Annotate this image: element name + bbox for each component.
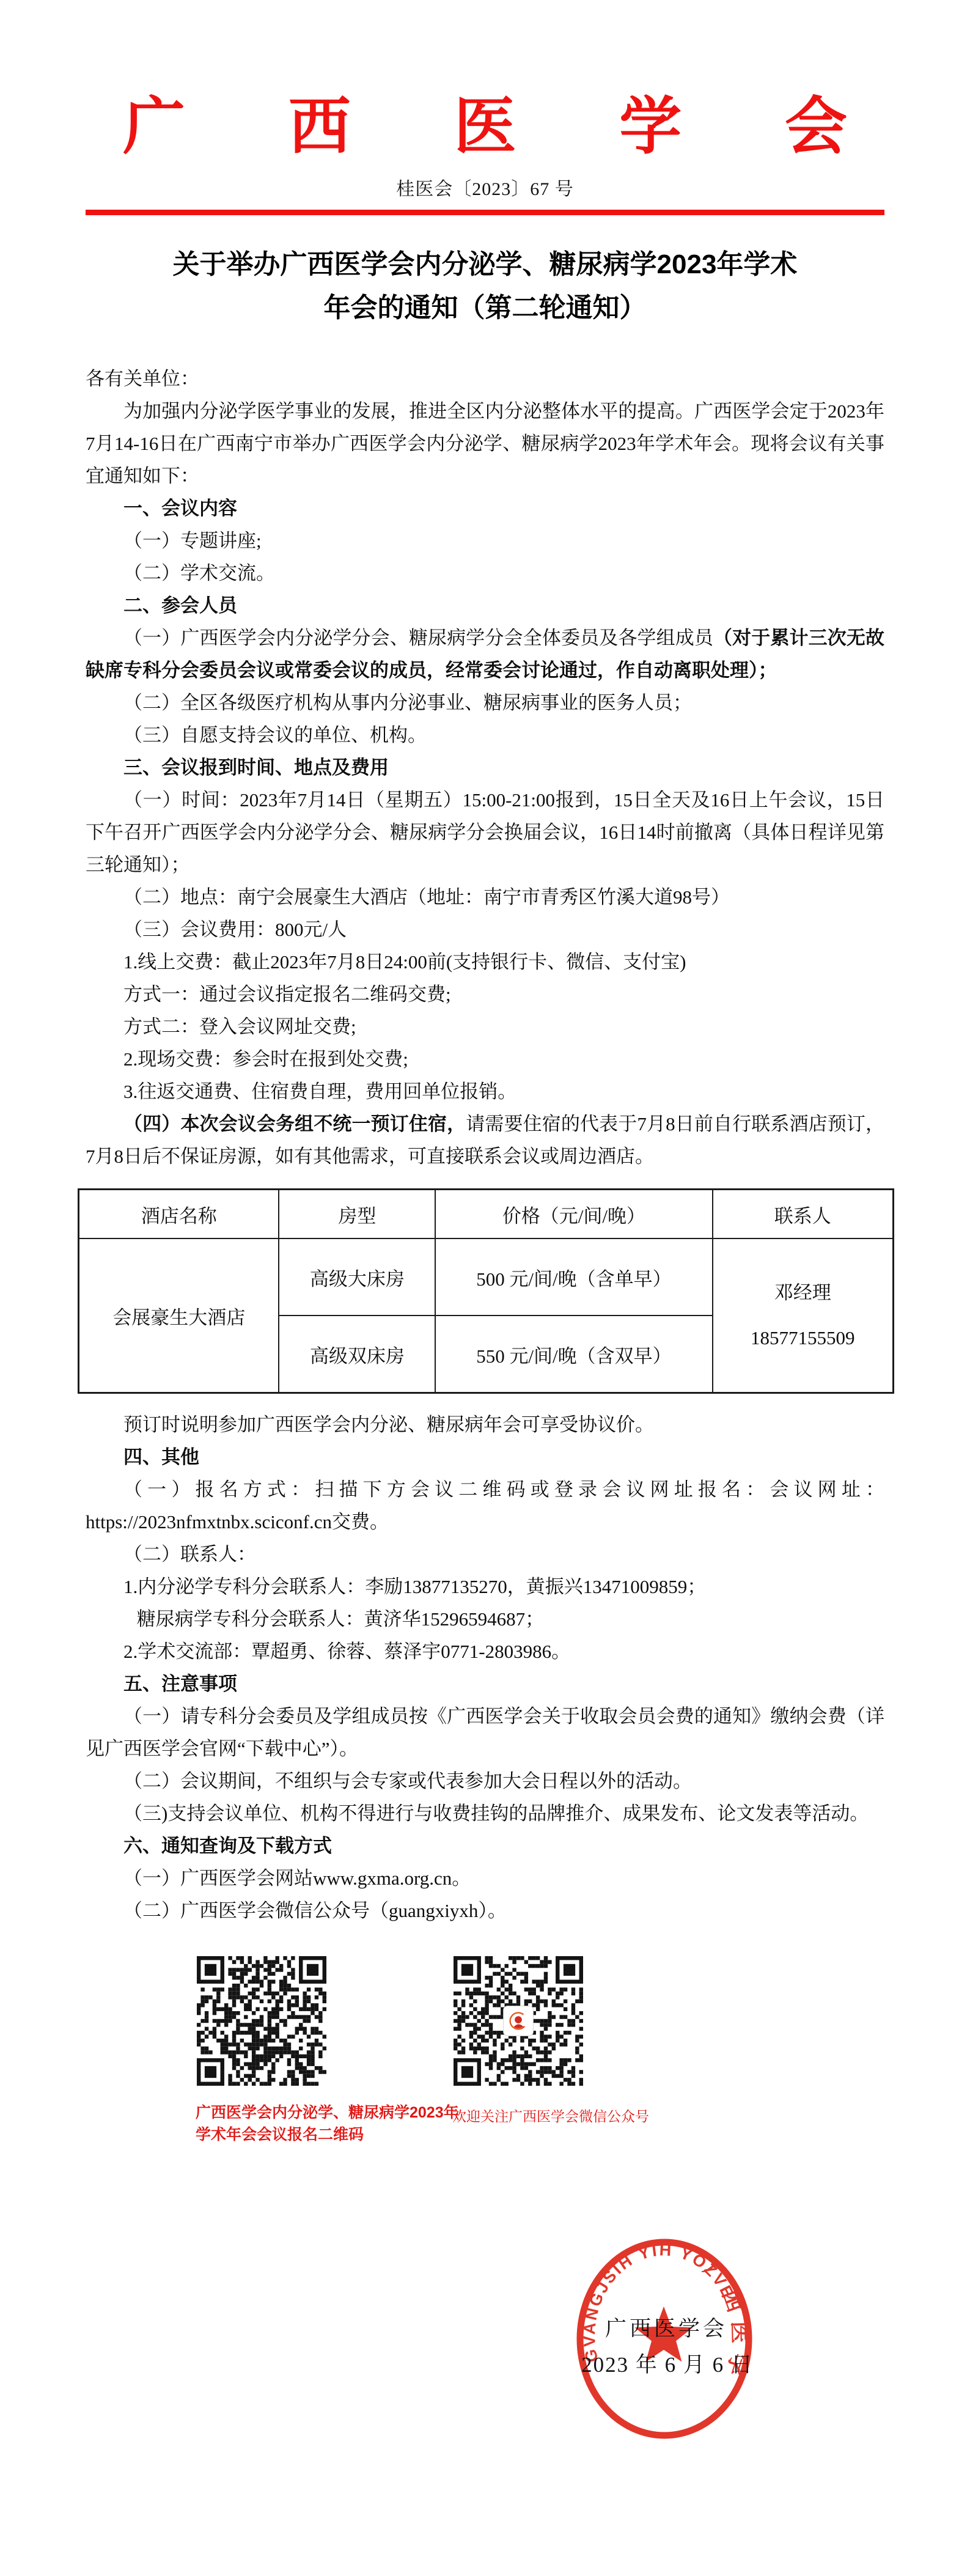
paragraph: （二）学术交流。	[86, 557, 884, 589]
cell-room-type-2: 高级双床房	[279, 1316, 435, 1393]
registration-qr-caption-line2: 学术年会会议报名二维码	[196, 2126, 364, 2143]
text-run: 各有关单位：	[86, 368, 199, 389]
document-content: 广西医学会 桂医会〔2023〕67 号 关于举办广西医学会内分泌学、糖尿病学20…	[0, 93, 970, 2146]
bold-text-run: 四、其他	[123, 1446, 199, 1468]
letterhead-char: 西	[288, 93, 351, 163]
bold-text-run: 五、注意事项	[123, 1673, 237, 1695]
letterhead-char: 学	[619, 93, 682, 163]
document-title-line1: 关于举办广西医学会内分泌学、糖尿病学2023年学术	[173, 249, 798, 279]
paragraph: 为加强内分泌学医学事业的发展，推进全区内分泌整体水平的提高。广西医学会定于202…	[86, 395, 884, 492]
bold-text-run: 六、通知查询及下载方式	[123, 1835, 332, 1857]
paragraph: 方式一：通过会议指定报名二维码交费;	[86, 978, 884, 1010]
paragraph: （一）广西医学会内分泌学分会、糖尿病学分会全体委员及各学组成员（对于累计三次无故…	[86, 622, 884, 686]
paragraph: 3.往返交通费、住宿费自理，费用回单位报销。	[86, 1075, 884, 1108]
text-run: （一）广西医学会内分泌学分会、糖尿病学分会全体委员及各学组成员	[123, 627, 713, 649]
paragraph: 1.内分泌学专科分会联系人：李励13877135270，黄振兴134710098…	[86, 1570, 884, 1603]
cell-hotel-name: 会展豪生大酒店	[79, 1238, 279, 1393]
letterhead-char: 会	[785, 93, 847, 163]
wechat-qr-code	[454, 1956, 583, 2086]
hotel-table: 酒店名称 房型 价格（元/间/晚） 联系人 会展豪生大酒店 高级大床房 500 …	[78, 1188, 894, 1394]
cell-room-type-1: 高级大床房	[279, 1238, 435, 1316]
text-run: 为加强内分泌学医学事业的发展，推进全区内分泌整体水平的提高。广西医学会定于202…	[86, 400, 884, 487]
letterhead-org-title: 广西医学会	[123, 93, 847, 163]
text-run: 2.学术交流部：覃超勇、徐蓉、蔡泽宇0771-2803986。	[123, 1641, 570, 1662]
text-run: （二）会议期间，不组织与会专家或代表参加大会日程以外的活动。	[123, 1770, 692, 1792]
cell-price-1: 500 元/间/晚（含单早）	[435, 1238, 712, 1316]
text-run: 1.线上交费：截止2023年7月8日24:00前(支持银行卡、微信、支付宝)	[123, 951, 686, 973]
paragraph: 2.现场交费：参会时在报到处交费;	[86, 1043, 884, 1075]
contact-spacer	[717, 1308, 889, 1323]
text-run: 方式一：通过会议指定报名二维码交费;	[123, 984, 451, 1005]
bold-text-run: 三、会议报到时间、地点及费用	[123, 757, 389, 778]
paragraph: 三、会议报到时间、地点及费用	[86, 751, 884, 784]
document-title-line2: 年会的通知（第二轮通知）	[324, 293, 647, 323]
text-run: （三)支持会议单位、机构不得进行与收费挂钩的品牌推介、成果发布、论文发表等活动。	[123, 1803, 869, 1824]
official-notice-document: 广西医学会 桂医会〔2023〕67 号 关于举办广西医学会内分泌学、糖尿病学20…	[0, 0, 970, 2576]
text-run: 1.内分泌学专科分会联系人：李励13877135270，黄振兴134710098…	[123, 1576, 706, 1597]
wechat-qr-caption: 欢迎关注广西医学会微信公众号	[452, 2107, 584, 2127]
paragraph: 方式二：登入会议网址交费;	[86, 1010, 884, 1043]
paragraph: （三）自愿支持会议的单位、机构。	[86, 719, 884, 751]
letterhead-char: 医	[454, 93, 516, 163]
paragraph: （二）地点：南宁会展豪生大酒店（地址：南宁市青秀区竹溪大道98号）	[86, 881, 884, 913]
text-run: （二）地点：南宁会展豪生大酒店（地址：南宁市青秀区竹溪大道98号）	[123, 886, 730, 908]
body-section-1: 各有关单位：为加强内分泌学医学事业的发展，推进全区内分泌整体水平的提高。广西医学…	[86, 362, 884, 1172]
paragraph: 1.线上交费：截止2023年7月8日24:00前(支持银行卡、微信、支付宝)	[86, 946, 884, 978]
header-hotel-name: 酒店名称	[79, 1190, 279, 1239]
bold-text-run: 二、参会人员	[123, 595, 237, 616]
table-row: 会展豪生大酒店 高级大床房 500 元/间/晚（含单早） 邓经理 1857715…	[79, 1238, 894, 1316]
paragraph: 一、会议内容	[86, 492, 884, 524]
header-price: 价格（元/间/晚）	[435, 1190, 712, 1239]
paragraph: 二、参会人员	[86, 589, 884, 622]
text-run: （一）时间：2023年7月14日（星期五）15:00-21:00报到，15日全天…	[86, 789, 884, 875]
text-run: （三）会议费用：800元/人	[123, 919, 347, 940]
letterhead-divider-rule	[86, 210, 884, 215]
text-run: （三）自愿支持会议的单位、机构。	[123, 724, 427, 746]
paragraph: （一）请专科分会委员及学组成员按《广西医学会关于收取会员会费的通知》缴纳会费（详…	[86, 1700, 884, 1765]
text-run: （二）全区各级医疗机构从事内分泌事业、糖尿病事业的医务人员；	[123, 692, 692, 713]
registration-qr-code	[197, 1956, 326, 2086]
paragraph: 六、通知查询及下载方式	[86, 1830, 884, 1862]
paragraph: 2.学术交流部：覃超勇、徐蓉、蔡泽宇0771-2803986。	[86, 1635, 884, 1668]
registration-qr-caption-line1: 广西医学会内分泌学、糖尿病学2023年	[196, 2104, 459, 2121]
cell-contact: 邓经理 18577155509	[713, 1238, 894, 1393]
contact-name: 邓经理	[717, 1278, 889, 1308]
qr-code-section: 广西医学会内分泌学、糖尿病学2023年学术年会会议报名二维码 欢迎关注广西医学会…	[196, 1956, 884, 2146]
text-run: 2.现场交费：参会时在报到处交费;	[123, 1048, 408, 1070]
text-run: （二）广西医学会微信公众号（guangxiyxh）。	[123, 1900, 507, 1921]
text-run: （二）学术交流。	[123, 562, 275, 584]
text-run: 糖尿病学专科分会联系人：黄济华15296594687；	[137, 1608, 545, 1630]
paragraph: （二）广西医学会微信公众号（guangxiyxh）。	[86, 1894, 884, 1927]
hotel-table-header-row: 酒店名称 房型 价格（元/间/晚） 联系人	[79, 1190, 894, 1239]
paragraph: （四）本次会议会务组不统一预订住宿，请需要住宿的代表于7月8日前自行联系酒店预订…	[86, 1108, 884, 1172]
paragraph: （二）会议期间，不组织与会专家或代表参加大会日程以外的活动。	[86, 1765, 884, 1797]
text-run: （一）请专科分会委员及学组成员按《广西医学会关于收取会员会费的通知》缴纳会费（详…	[86, 1706, 884, 1759]
contact-phone: 18577155509	[717, 1323, 889, 1353]
text-run: 3.往返交通费、住宿费自理，费用回单位报销。	[123, 1081, 516, 1102]
registration-qr-caption: 广西医学会内分泌学、糖尿病学2023年学术年会会议报名二维码	[196, 2102, 328, 2146]
paragraph: （三）会议费用：800元/人	[86, 913, 884, 946]
text-run: （一）广西医学会网站www.gxma.org.cn。	[123, 1868, 471, 1889]
registration-qr-block: 广西医学会内分泌学、糖尿病学2023年学术年会会议报名二维码	[196, 1956, 328, 2146]
header-room-type: 房型	[279, 1190, 435, 1239]
text-run: （一）专题讲座;	[123, 530, 262, 551]
paragraph: （二）联系人：	[86, 1538, 884, 1570]
signature-date: 2023 年 6 月 6 日	[581, 2348, 754, 2379]
paragraph: （一）专题讲座;	[86, 524, 884, 557]
paragraph: 糖尿病学专科分会联系人：黄济华15296594687；	[86, 1603, 884, 1635]
paragraph: （一）报名方式：扫描下方会议二维码或登录会议网址报名：会议网址：https://…	[86, 1473, 884, 1538]
text-run: 方式二：登入会议网址交费;	[123, 1016, 356, 1037]
cell-price-2: 550 元/间/晚（含双早）	[435, 1316, 712, 1393]
wechat-qr-block: 欢迎关注广西医学会微信公众号	[452, 1956, 584, 2127]
signature-organization: 广西医学会	[605, 2312, 727, 2342]
paragraph: 各有关单位：	[86, 362, 884, 395]
text-run: （一）报名方式：扫描下方会议二维码或登录会议网址报名：会议网址：https://…	[86, 1479, 884, 1533]
paragraph: （一）时间：2023年7月14日（星期五）15:00-21:00报到，15日全天…	[86, 784, 884, 881]
bold-text-run: （四）本次会议会务组不统一预订住宿，	[123, 1113, 466, 1135]
paragraph: （二）全区各级医疗机构从事内分泌事业、糖尿病事业的医务人员；	[86, 686, 884, 719]
text-run: （二）联系人：	[123, 1544, 256, 1565]
paragraph: （三)支持会议单位、机构不得进行与收费挂钩的品牌推介、成果发布、论文发表等活动。	[86, 1797, 884, 1830]
document-title: 关于举办广西医学会内分泌学、糖尿病学2023年学术年会的通知（第二轮通知）	[86, 243, 884, 329]
bold-text-run: 一、会议内容	[123, 498, 237, 519]
text-run: 预订时说明参加广西医学会内分泌、糖尿病年会可享受协议价。	[123, 1414, 654, 1435]
paragraph: 五、注意事项	[86, 1668, 884, 1700]
document-number: 桂医会〔2023〕67 号	[86, 174, 884, 201]
letterhead-char: 广	[123, 93, 185, 163]
paragraph: （一）广西医学会网站www.gxma.org.cn。	[86, 1862, 884, 1894]
header-contact: 联系人	[713, 1190, 894, 1239]
paragraph: 四、其他	[86, 1441, 884, 1473]
paragraph: 预订时说明参加广西医学会内分泌、糖尿病年会可享受协议价。	[86, 1408, 884, 1441]
body-section-2: 预订时说明参加广西医学会内分泌、糖尿病年会可享受协议价。四、其他（一）报名方式：…	[86, 1408, 884, 1927]
